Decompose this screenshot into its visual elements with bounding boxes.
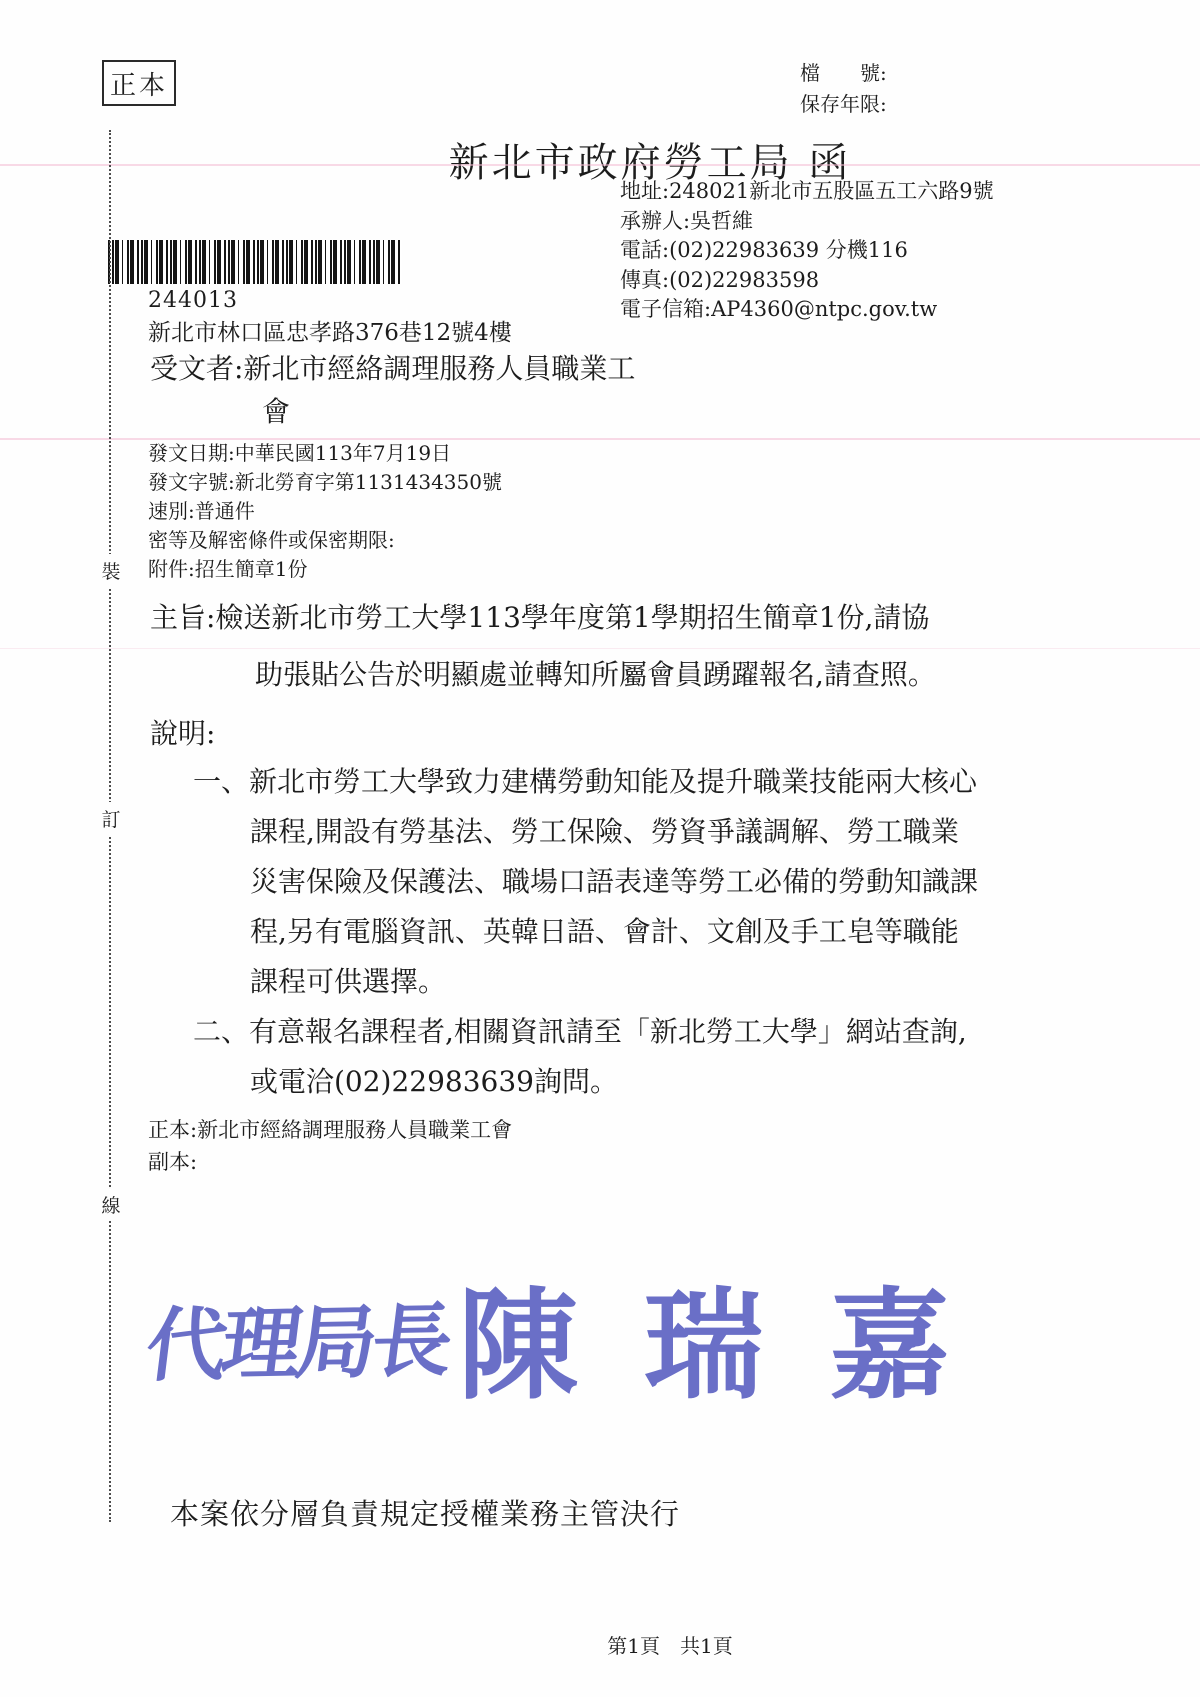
subject-line: 主旨:檢送新北市勞工大學113學年度第1學期招生簡章1份,請協: [150, 596, 929, 636]
binding-mark-zhuang: 裝: [100, 554, 122, 587]
recipient-line-continuation: 會: [262, 390, 290, 430]
sender-address: 地址:248021新北市五股區五工六路9號: [620, 177, 994, 207]
retention-period-label: 保存年限:: [800, 89, 887, 120]
explanation-item-1-line: 一、新北市勞工大學致力建構勞動知能及提升職業技能兩大核心: [193, 760, 977, 800]
issue-date: 發文日期:中華民國113年7月19日: [148, 439, 502, 468]
scanner-artifact-line: [0, 648, 1200, 649]
page-number-footer: 第1頁 共1頁: [470, 1630, 870, 1659]
recipient-line: 受文者:新北市經絡調理服務人員職業工: [150, 347, 635, 387]
contact-officer: 承辦人:吳哲維: [620, 207, 994, 237]
document-meta-block: 發文日期:中華民國113年7月19日 發文字號:新北勞育字第1131434350…: [148, 439, 502, 584]
contact-fax: 傳真:(02)22983598: [620, 266, 994, 296]
priority: 速別:普通件: [148, 497, 502, 526]
copy-type-label: 正本: [110, 65, 168, 102]
explanation-item-2-line: 或電洽(02)22983639詢問。: [250, 1060, 618, 1100]
subject-line: 助張貼公告於明顯處並轉知所屬會員踴躍報名,請查照。: [255, 653, 936, 693]
copy-type-stamp: 正本: [102, 60, 176, 106]
security-classification: 密等及解密條件或保密期限:: [148, 526, 502, 555]
copy-recipient: 副本:: [148, 1146, 512, 1178]
signer-title: 代理局長: [141, 1276, 456, 1396]
file-number-label: 檔 號:: [800, 58, 887, 89]
explanation-label: 說明:: [150, 712, 215, 752]
file-number-block: 檔 號: 保存年限:: [800, 58, 887, 120]
explanation-item-1-line: 程,另有電腦資訊、英韓日語、會計、文創及手工皂等職能: [250, 910, 959, 950]
attachment: 附件:招生簡章1份: [148, 555, 502, 584]
original-recipient: 正本:新北市經絡調理服務人員職業工會: [148, 1114, 512, 1146]
binding-mark-ding: 訂: [100, 802, 122, 835]
signer-name: 陳 瑞 嘉: [458, 1250, 962, 1422]
contact-email: 電子信箱:AP4360@ntpc.gov.tw: [620, 295, 994, 325]
explanation-item-1-line: 課程,開設有勞基法、勞工保險、勞資爭議調解、勞工職業: [250, 810, 959, 850]
binding-mark-xian: 線: [100, 1188, 122, 1221]
recipient-mailing-address: 新北市林口區忠孝路376巷12號4樓: [148, 314, 512, 347]
explanation-item-1-line: 課程可供選擇。: [250, 960, 446, 1000]
issue-number: 發文字號:新北勞育字第1131434350號: [148, 468, 502, 497]
explanation-item-2-line: 二、有意報名課程者,相關資訊請至「新北勞工大學」網站查詢,: [193, 1010, 967, 1050]
sender-contact-block: 地址:248021新北市五股區五工六路9號 承辦人:吳哲維 電話:(02)229…: [620, 177, 994, 325]
barcode-number: 244013: [148, 288, 238, 313]
contact-phone: 電話:(02)22983639 分機116: [620, 236, 994, 266]
scanner-artifact-line: [0, 164, 1200, 166]
delegation-note: 本案依分層負責規定授權業務主管決行: [170, 1492, 680, 1533]
signature-stamp: 代理局長 陳 瑞 嘉: [148, 1256, 962, 1416]
explanation-item-1-line: 災害保險及保護法、職場口語表達等勞工必備的勞動知識課: [250, 860, 978, 900]
barcode: [108, 240, 402, 284]
distribution-block: 正本:新北市經絡調理服務人員職業工會 副本:: [148, 1114, 512, 1178]
official-letter-page: 正本 檔 號: 保存年限: 新北市政府勞工局 函 地址:248021新北市五股區…: [0, 0, 1200, 1697]
